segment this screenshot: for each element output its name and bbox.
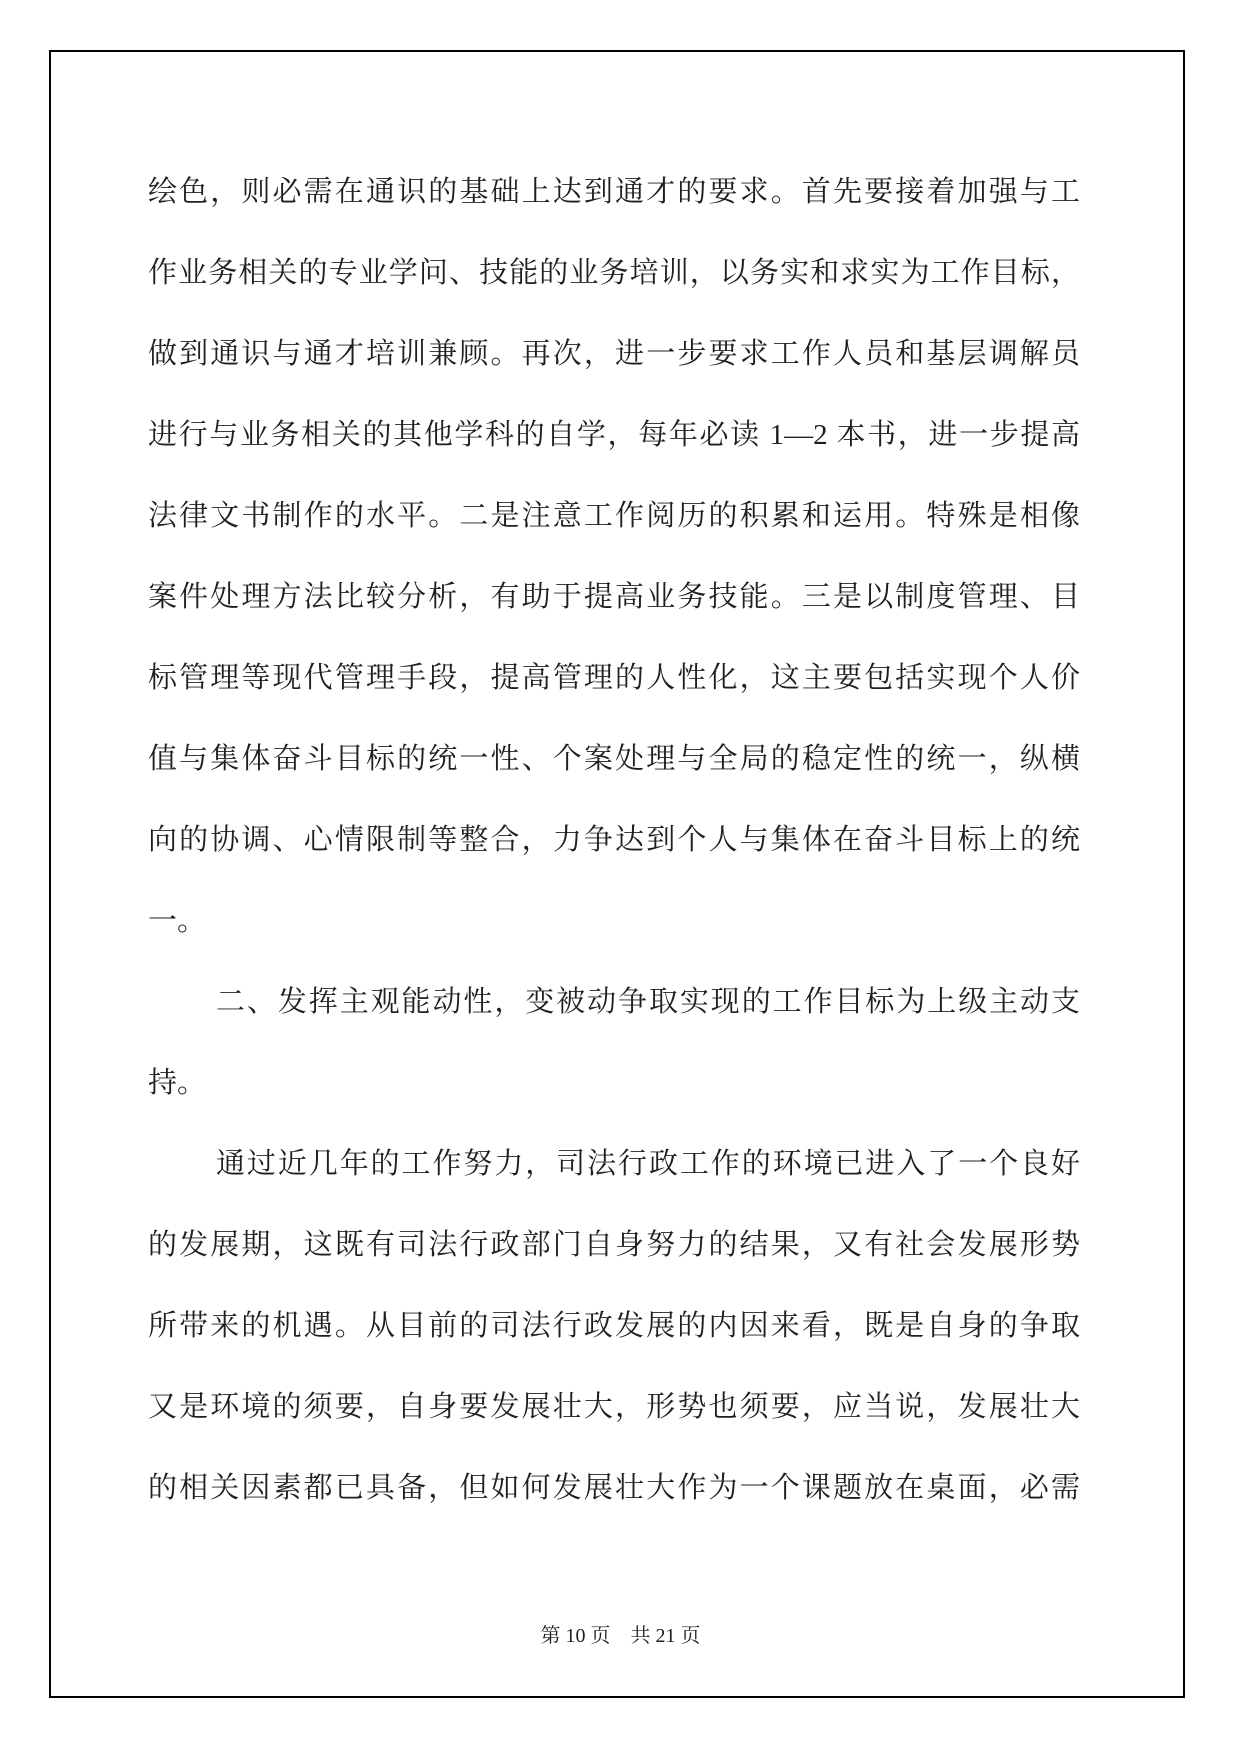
text-line: 绘色，则必需在通识的基础上达到通才的要求。首先要接着加强与工 [148, 152, 1080, 233]
text-line: 所带来的机遇。从目前的司法行政发展的内因来看，既是自身的争取 [148, 1286, 1080, 1367]
text-line: 案件处理方法比较分析，有助于提高业务技能。三是以制度管理、目 [148, 557, 1080, 638]
text-line: 值与集体奋斗目标的统一性、个案处理与全局的稳定性的统一，纵横 [148, 719, 1080, 800]
text-line: 法律文书制作的水平。二是注意工作阅历的积累和运用。特殊是相像 [148, 476, 1080, 557]
text-line: 持。 [148, 1043, 1080, 1124]
text-line: 向的协调、心情限制等整合，力争达到个人与集体在奋斗目标上的统 [148, 800, 1080, 881]
text-line-section-heading: 二、发挥主观能动性，变被动争取实现的工作目标为上级主动支 [148, 962, 1080, 1043]
text-line: 做到通识与通才培训兼顾。再次，进一步要求工作人员和基层调解员 [148, 314, 1080, 395]
page-number: 第 10 页 共 21 页 [541, 1625, 701, 1647]
text-line: 又是环境的须要，自身要发展壮大，形势也须要，应当说，发展壮大 [148, 1367, 1080, 1448]
text-line: 通过近几年的工作努力，司法行政工作的环境已进入了一个良好 [148, 1124, 1080, 1205]
text-line: 的发展期，这既有司法行政部门自身努力的结果，又有社会发展形势 [148, 1205, 1080, 1286]
document-body: 绘色，则必需在通识的基础上达到通才的要求。首先要接着加强与工 作业务相关的专业学… [148, 152, 1080, 1529]
text-line: 标管理等现代管理手段，提高管理的人性化，这主要包括实现个人价 [148, 638, 1080, 719]
text-line: 一。 [148, 881, 1080, 962]
text-line: 进行与业务相关的其他学科的自学，每年必读 1—2 本书，进一步提高 [148, 395, 1080, 476]
page-footer: 第 10 页 共 21 页 [0, 1622, 1241, 1650]
text-line: 的相关因素都已具备，但如何发展壮大作为一个课题放在桌面，必需 [148, 1448, 1080, 1529]
text-line: 作业务相关的专业学问、技能的业务培训，以务实和求实为工作目标， [148, 233, 1080, 314]
